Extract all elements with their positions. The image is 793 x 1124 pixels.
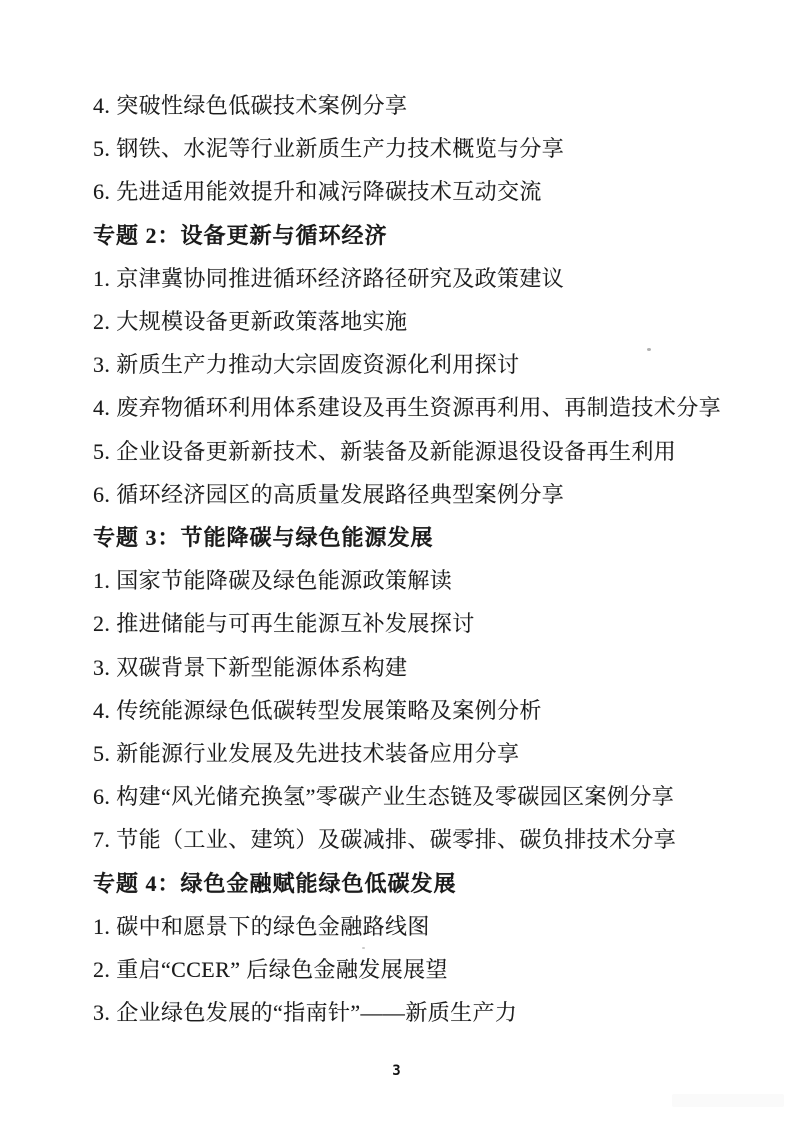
agenda-item: 4. 废弃物循环利用体系建设及再生资源再利用、再制造技术分享: [93, 386, 753, 429]
agenda-item: 4. 传统能源绿色低碳转型发展策略及案例分析: [93, 689, 753, 732]
agenda-item: 6. 构建“风光储充换氢”零碳产业生态链及零碳园区案例分享: [93, 775, 753, 818]
agenda-item: 3. 双碳背景下新型能源体系构建: [93, 646, 753, 689]
page-number: 3: [0, 1063, 793, 1079]
agenda-item: 1. 碳中和愿景下的绿色金融路线图: [93, 905, 753, 948]
agenda-item: 4. 突破性绿色低碳技术案例分享: [93, 84, 753, 127]
agenda-item: 3. 企业绿色发展的“指南针”——新质生产力: [93, 991, 753, 1034]
scanned-document-page: 4. 突破性绿色低碳技术案例分享 5. 钢铁、水泥等行业新质生产力技术概览与分享…: [0, 0, 793, 1124]
scan-speck: [647, 348, 651, 351]
agenda-item: 1. 京津冀协同推进循环经济路径研究及政策建议: [93, 257, 753, 300]
agenda-item: 7. 节能（工业、建筑）及碳减排、碳零排、碳负排技术分享: [93, 818, 753, 861]
agenda-item: 2. 重启“CCER” 后绿色金融发展展望: [93, 948, 753, 991]
agenda-item: 5. 企业设备更新新技术、新装备及新能源退役设备再生利用: [93, 430, 753, 473]
agenda-item: 1. 国家节能降碳及绿色能源政策解读: [93, 559, 753, 602]
section-heading-topic-2: 专题 2：设备更新与循环经济: [93, 214, 753, 257]
document-body: 4. 突破性绿色低碳技术案例分享 5. 钢铁、水泥等行业新质生产力技术概览与分享…: [93, 84, 753, 1034]
section-heading-topic-3: 专题 3：节能降碳与绿色能源发展: [93, 516, 753, 559]
agenda-item: 5. 新能源行业发展及先进技术装备应用分享: [93, 732, 753, 775]
agenda-item: 3. 新质生产力推动大宗固废资源化利用探讨: [93, 343, 753, 386]
faint-watermark-artifact: [672, 1094, 784, 1107]
scan-speck: [362, 947, 365, 949]
agenda-item: 6. 循环经济园区的高质量发展路径典型案例分享: [93, 473, 753, 516]
agenda-item: 2. 推进储能与可再生能源互补发展探讨: [93, 602, 753, 645]
agenda-item: 6. 先进适用能效提升和减污降碳技术互动交流: [93, 170, 753, 213]
agenda-item: 5. 钢铁、水泥等行业新质生产力技术概览与分享: [93, 127, 753, 170]
agenda-item: 2. 大规模设备更新政策落地实施: [93, 300, 753, 343]
section-heading-topic-4: 专题 4：绿色金融赋能绿色低碳发展: [93, 862, 753, 905]
